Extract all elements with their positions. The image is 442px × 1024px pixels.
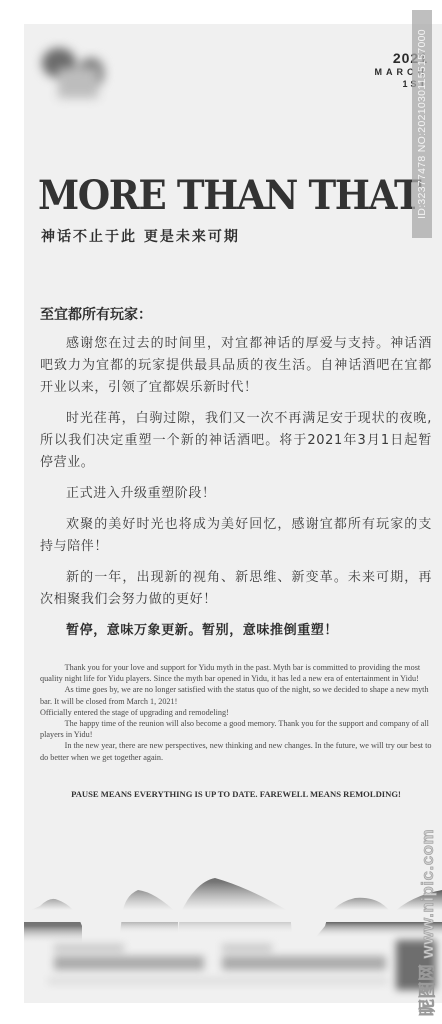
- english-paragraph: Thank you for your love and support for …: [40, 662, 432, 684]
- letter-paragraph: 正式进入升级重塑阶段！: [40, 483, 432, 505]
- chinese-letter: 至宜都所有玩家： 感谢您在过去的时间里，对宜都神话的厚爱与支持。神话酒吧致力为宜…: [40, 304, 432, 651]
- blurred-contact-info: [36, 940, 436, 996]
- letter-paragraph: 时光荏苒，白驹过隙，我们又一次不再满足安于现状的夜晚,所以我们决定重塑一个新的神…: [40, 408, 432, 474]
- english-paragraph: Officially entered the stage of upgradin…: [40, 707, 432, 718]
- mist-overlay: [24, 882, 442, 922]
- english-paragraph: The happy time of the reunion will also …: [40, 718, 432, 740]
- poster: 2021 MARCH 1ST MORE THAN THAT 神话不止于此 更是未…: [24, 24, 442, 1003]
- site-watermark: 昵图网 www.nipic.com: [412, 822, 440, 1022]
- headline: MORE THAN THAT: [38, 176, 410, 216]
- letter-paragraph: 新的一年，出现新的视角、新思维、新变革。未来可期，再次相聚我们会努力做的更好！: [40, 567, 432, 611]
- letter-greeting: 至宜都所有玩家：: [40, 304, 432, 324]
- letter-closing: 暂停，意味万象更新。暂别，意味推倒重塑！: [40, 620, 432, 642]
- letter-paragraph: 感谢您在过去的时间里，对宜都神话的厚爱与支持。神话酒吧致力为宜都的玩家提供最具品…: [40, 333, 432, 399]
- subheadline: 神话不止于此 更是未来可期: [41, 226, 240, 246]
- letter-paragraph: 欢聚的美好时光也将成为美好回忆，感谢宜都所有玩家的支持与陪伴！: [40, 514, 432, 558]
- english-paragraph: As time goes by, we are no longer satisf…: [40, 684, 432, 706]
- english-paragraph: In the new year, there are new perspecti…: [40, 740, 432, 762]
- english-letter: Thank you for your love and support for …: [40, 662, 432, 763]
- english-tagline: PAUSE MEANS EVERYTHING IS UP TO DATE. FA…: [40, 789, 432, 799]
- blurred-logo-icon: [38, 38, 104, 100]
- id-watermark-strip: ID:32377478 NO:20210301155157000: [412, 10, 432, 238]
